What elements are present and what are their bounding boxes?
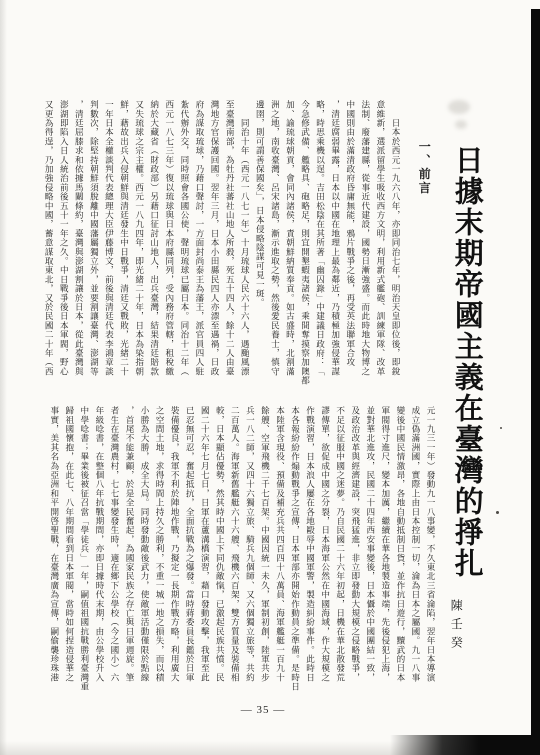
article-title: 日據末期帝國主義在臺灣的掙扎 <box>451 145 482 585</box>
text-column: 軍閥得寸進尺，變本加厲，繼續在華各地製造事端，先後侵犯上海， <box>381 406 390 693</box>
body-text-band-top: 日本於西元一九六八年，亦即同治七年，明治天皇即位後，即銳意維新，選派留學生吸收西… <box>44 100 400 388</box>
section-heading: 一、前言 <box>417 140 430 210</box>
scan-speck <box>500 427 502 429</box>
text-column: ，清廷腐弱畢露，日本以中國在地理上最為鄰近，乃積極加強侵華謀 <box>331 100 340 388</box>
text-column: 二百萬人。海軍新舊艦艇六十六艘、飛機六百架，雙方質量及裝備相 <box>230 406 239 693</box>
text-column: 西元一八七三年）復以琉球與日本府縣同列，受內務府管轄，租稅繳 <box>165 100 174 388</box>
scan-smudge <box>455 120 467 129</box>
scan-speck <box>496 511 499 514</box>
text-column: 較，日本顯佔優勢，然其時中國上下同仇敵愾，已激起民族共憤。民 <box>215 406 224 693</box>
text-column: 元一九三一年）發動九一八事變，不久東北三省淪陷，翌年日本導演 <box>426 406 435 693</box>
text-column: ，清廷屈膝求和依據馬關條約，臺灣與澎湖割讓於日本，從此臺灣與 <box>74 100 83 388</box>
text-column: 日本於西元一九六八年，亦即同治七年，明治天皇即位後，即銳 <box>391 100 400 388</box>
text-column: 謬傳單，欲促成中國之分裂，日本海軍公然在中國海域，作大規模之 <box>321 406 330 693</box>
text-column: 年級唸書，在整個八年抗戰期間，亦即日據時代末期，由公學校升入 <box>95 406 104 693</box>
text-column: 不足以征服中國之迷夢。乃自民國二十六年初起，日機在華北散發荒 <box>336 406 345 693</box>
text-column: 同治十年（西元一八七一年）十月琉球人民六十六人，遇颱風漂 <box>240 100 249 388</box>
text-column: 國二十六年七月七日，日軍在蘆溝橋演習，藉口發動攻擊，我軍至此 <box>200 406 209 693</box>
text-column: 澎湖即陷入日人統治前後五十一年之久。中日戰爭後日本軍閥，野心 <box>59 100 68 388</box>
text-column: 本各報紛紛作煽動戰爭之宣傳，日本軍部亦開始作動員之準備。是時日 <box>291 406 300 693</box>
text-column: 中學唸書；畢業後被征召當「學徒兵」一年，嗣值祖國抗戰勝利臺灣重 <box>80 406 89 693</box>
text-column: 事實，美其名為亞洲和平開啓聖戰，在臺灣廣為宣傳，嗣偷襲珍珠港 <box>50 406 59 693</box>
text-column: 意維新，選派留學生吸收西方文明，利用新式艦砲、訓練軍隊、改革 <box>376 100 385 388</box>
text-column: 及政治改革與經濟建設，突飛猛進，非立即發動大規模之侵略戰爭， <box>351 406 360 693</box>
text-column: 加、諭琉球朝貢，會同內諸侯，責朝鮮納質奉貢。如古盛時，北割滿 <box>285 100 294 388</box>
scan-edge-left <box>0 0 7 755</box>
text-column: 已忍無可忍，奮起抵抗，全面抗戰為之爆發。當時蔣委員長鑑於日軍 <box>185 406 194 693</box>
text-column: ，首尾不能兼顧，於是全民奮起，為國家民族之存亡與日軍週旋。筆 <box>125 406 134 693</box>
text-column: 作戰演習，日本浪人屢在各地毆辱中國軍警，製造糾紛事件。此時日 <box>306 406 315 693</box>
text-column: 小勝為大勝，成全大局。同時發動敵後武力，使敵軍活動僅限於點線 <box>140 406 149 693</box>
text-column: 略，時思乘機以逞。吉田松陰在其所著「幽囚錄」中建議日政府：「 <box>316 100 325 388</box>
text-column: 灣地方官保護回國。翌年三月，日本小田縣民四人亦漂至遇禍，日政 <box>210 100 219 388</box>
text-column: 歸祖國懷抱，在此七、八年期間看到日本軍閥，當時如何捏造侵華之 <box>65 406 74 693</box>
text-column: 兵一八二師，又四十六獨立旅、騎兵九個師、又六個獨立旅等，共約 <box>245 406 254 693</box>
text-column: 今急修武備、艦略具、砲略足，則宜開墾蝦夷諸侯，乘間奪摸察加隩都 <box>301 100 310 388</box>
text-column: 裝備優良，我軍不利於陣地作戰，乃擬定一長期作戰方略，利用廣大 <box>170 406 179 693</box>
text-column: 又失琉球之宗主權。西元一八九四年，即光緒二十年，日本為染指朝 <box>135 100 144 388</box>
scan-edge-right <box>531 9 540 755</box>
text-column: 法制、廢藩建縣，從事近代建設，國勢日漸強盛。而此時地大物博之 <box>361 100 370 388</box>
text-column: 並對華北進攻，民國二十四年西安事變後，日本懾於中國團結一致， <box>366 406 375 693</box>
text-column: 洲之地，南收臺灣、呂宋諸島，漸示進取之勢，然後愛民養士，慎守 <box>270 100 279 388</box>
text-column: 判數次，除堅持朝鮮須脫離中國藩屬獨立外，並要割讓臺灣、澎湖等 <box>89 100 98 388</box>
text-column: 鮮，藉故出兵入侵朝鮮與清廷發生中日戰爭，清廷又戰敗，光緒二十 <box>120 100 129 388</box>
scan-smudge <box>448 100 470 114</box>
text-column: 納於大藏省（財政部）另藉口征討山地人，出兵臺灣，結果清廷賠款 <box>150 100 159 388</box>
text-column: 邊圉，則可謂善保國矣」，日本侵略陰謀可見一斑。 <box>255 100 264 388</box>
text-column: 本陸軍含現役、預備及補充兵共四百四十八萬員、海軍艦艇一百九十 <box>275 406 284 693</box>
text-column: 紮代辦外交，同時照會各國公使，聲明琉球已屬日本。同治十二年（ <box>180 100 189 388</box>
author-name: 陳壬癸 <box>449 599 462 659</box>
text-column: 之空間土地，求得時間上持久之勝利，不重一城一地之損失，而以積 <box>155 406 164 693</box>
scanned-page: 日據末期帝國主義在臺灣的掙扎 一、前言 陳壬癸 日本於西元一九六八年，亦即同治七… <box>0 0 540 755</box>
scan-edge-bottom-right <box>390 735 540 755</box>
text-column: 府為謀取琉球，乃藉口聲討，一方面封尚泰王為藩王，派官員四人駐 <box>195 100 204 388</box>
text-column: 中國則由於滿清政府昏庸無能，鴉片戰爭之後，再受英法聯軍合攻 <box>346 100 355 388</box>
text-column: 者生在臺灣農村，七七事變發生時，適在鄉下公學校（今之國小）六 <box>110 406 119 693</box>
text-column: 餘艘、空軍飛機二千七百架。中國因統一未久，軍制初創，陸軍共步 <box>260 406 269 693</box>
text-column: 又更為得逞，乃加強侵略中國，蓄意謀取東北，又於民國二十年（西 <box>44 100 53 388</box>
text-column: 至臺灣南部，為牡丹社蕃社山地人所殺，死五十四人，餘十二人由臺 <box>225 100 234 388</box>
page-number: — 35 — <box>218 704 308 716</box>
text-column: 一年日本全權談判代表總理大臣伊藤博文，前後與清廷代表李鴻章談 <box>104 100 113 388</box>
body-text-band-bottom: 元一九三一年）發動九一八事變，不久東北三省淪陷，翌年日本導演成立偽滿洲國，實際上… <box>50 406 435 693</box>
text-column: 變後中國民情激昂，各地自動抵制日貨，並作抗日遊行，黷武的日本 <box>396 406 405 693</box>
text-column: 成立偽滿洲國，實際上由日本控制一切，淪為日本之屬國。九一八事 <box>411 406 420 693</box>
